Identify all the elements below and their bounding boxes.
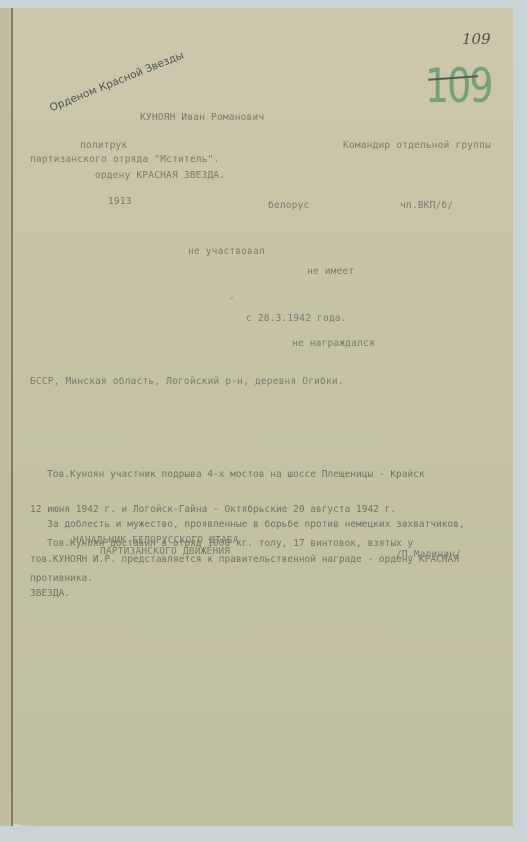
body-line: Тов.Куноян участник подрыва 4-х мостов н… [30,469,425,481]
body-line: ЗВЕЗДА. [30,588,465,600]
birth-year: 1913 [108,196,132,207]
in-army-since: с 28.3.1942 года. [246,313,347,324]
page-number-pencil: 109 [462,30,491,48]
position: Командир отдельной группы [343,140,491,151]
binding-edge [11,8,13,826]
previous-awards: не награждался [292,338,375,349]
wounds: не имеет [307,266,354,277]
home-address: БССР, Минская область, Логойский р-н, де… [30,376,344,387]
rank: политрук [80,140,127,151]
page-left-margin [0,8,11,826]
award-stamp: Орденом Красной Звезды [48,49,186,114]
signature-title-1: НАЧАЛЬНИК БЕЛОРУССКОГО ШТАБА [73,535,239,546]
full-name: КУНОЯН Иван Романович [140,112,264,123]
party-membership: чл.ВКП/б/ [400,200,453,211]
award: ордену КРАСНАЯ ЗВЕЗДА. [95,170,225,181]
page-number-green: 109 [425,58,492,113]
signature-name: /П.Малинин/ [396,549,461,560]
dash: - [229,293,235,304]
nationality: белорус [268,200,309,211]
document-page: 109 109 Орденом Красной Звезды КУНОЯН Ив… [0,8,513,826]
body-line: За доблесть и мужество, проявленные в бо… [30,519,465,531]
civil-war: не участвовал [188,246,265,257]
unit: партизанского отряда "Мститель". [30,154,219,165]
signature-title-2: ПАРТИЗАНСКОГО ДВИЖЕНИЯ [100,546,230,557]
